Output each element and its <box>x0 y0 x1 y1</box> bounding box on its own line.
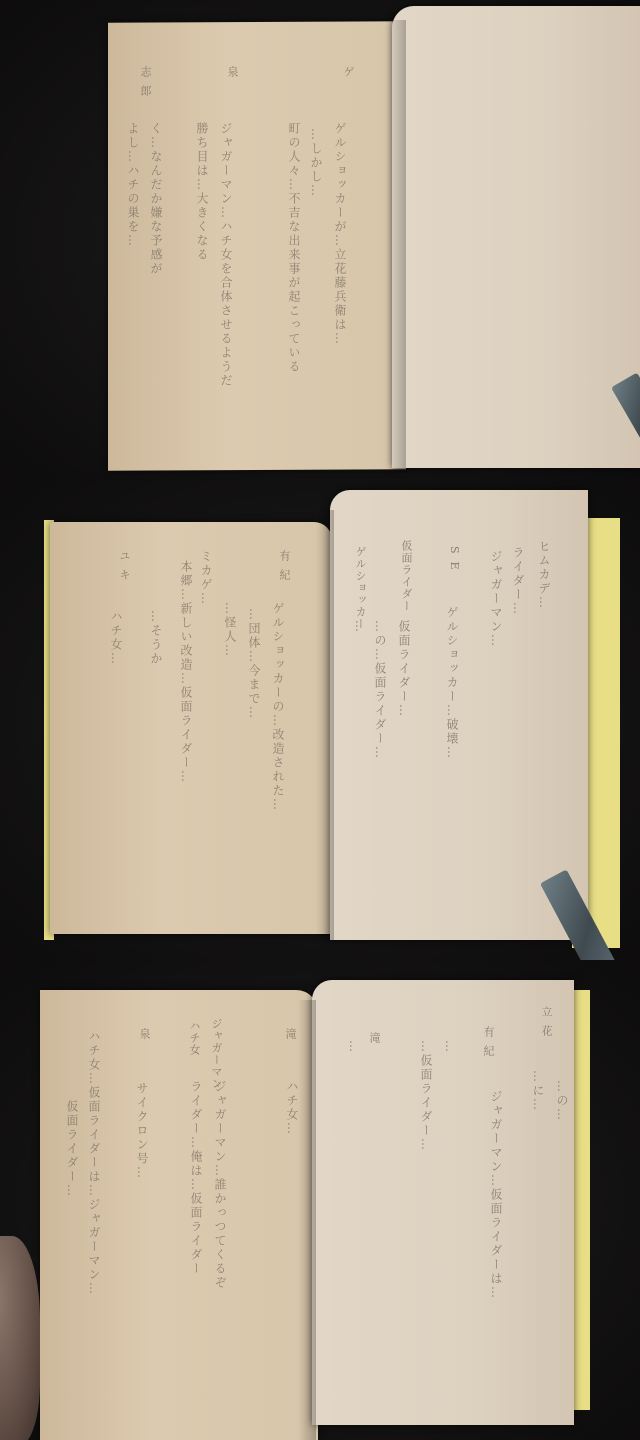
speaker-label: 立花 <box>538 1006 554 1044</box>
script-line: ライダー…俺は…仮面ライダー <box>190 1080 202 1276</box>
script-line: …そうか <box>150 610 162 666</box>
script-line: ゲルショッカーの…改造された… <box>272 602 284 812</box>
script-line: … <box>354 620 366 634</box>
right-page <box>392 6 640 468</box>
thumb <box>0 1236 40 1440</box>
speaker-label: 滝 <box>282 1028 298 1047</box>
speaker-label: 泉 <box>136 1028 152 1047</box>
script-line: …怪人… <box>224 602 236 658</box>
script-line: … <box>348 1040 360 1054</box>
script-line: ジャガーマン… <box>490 550 502 648</box>
script-line: ヒムカデ… <box>538 540 550 610</box>
speaker-label: 有紀 <box>276 550 292 588</box>
script-line: 本郷…新しい改造…仮面ライダー… <box>180 560 192 784</box>
script-line: ハチ女…仮面ライダーは…ジャガーマン… <box>88 1030 100 1296</box>
speaker-label: 仮面ライダー <box>398 540 414 612</box>
speaker-label: ハチ女 <box>186 1020 202 1056</box>
script-line: ミカゲ… <box>200 550 212 606</box>
script-line: サイクロン号… <box>136 1082 148 1180</box>
script-line: ハチ女… <box>110 610 122 666</box>
script-line: …の…仮面ライダー… <box>374 620 386 760</box>
speaker-label: 泉 <box>224 66 240 85</box>
photo-1: ゲ 泉 志郎 ゲルショッカーが…立花藤兵衛は… …しかし… 町の人々…不吉な出来… <box>0 0 640 480</box>
photo-3: 滝 ジャガーマン ハチ女 泉 ハチ女… ジャガーマン…誰かっつてくるぞ ライダー… <box>0 960 640 1440</box>
speaker-label: 志郎 <box>137 66 153 104</box>
speaker-label: ゲ <box>340 66 356 85</box>
script-line: …の… <box>556 1080 568 1122</box>
script-line: …に… <box>532 1070 544 1112</box>
script-line: く…なんだか嫌な予感が <box>150 122 162 276</box>
script-line: ゲルショッカー…破壊… <box>446 606 458 760</box>
script-line: ゲルショッカーが…立花藤兵衛は… <box>334 122 346 346</box>
script-line: … <box>444 1040 456 1054</box>
script-line: …団体…今まで… <box>248 608 260 720</box>
script-line: 仮面ライダー… <box>66 1100 78 1198</box>
script-line: …しかし… <box>310 128 322 198</box>
speaker-label: ユキ <box>116 550 132 588</box>
script-line: ハチ女… <box>286 1080 298 1136</box>
script-line: ジャガーマン…ハチ女を合体させるようだ <box>220 122 232 388</box>
left-page <box>40 990 318 1440</box>
photo-2: 有紀 ユキ ゲルショッカーの…改造された… …団体…今まで… …怪人… ミカゲ…… <box>0 480 640 960</box>
script-line: よし…ハチの巣を… <box>127 122 139 248</box>
script-line: ライダー… <box>512 546 524 616</box>
script-line: 町の人々…不吉な出来事が起こっている <box>288 122 300 374</box>
speaker-label: 有紀 <box>480 1026 496 1064</box>
script-line: 仮面ライダー… <box>398 620 410 718</box>
script-line: ジャガーマン…仮面ライダーは… <box>490 1090 502 1300</box>
speaker-label: ゲルショッカー <box>352 546 368 630</box>
script-line: ジャガーマン…誰かっつてくるぞ <box>214 1080 226 1290</box>
script-line: …仮面ライダー… <box>420 1040 432 1152</box>
speaker-label: SE <box>448 546 461 578</box>
script-line: 勝ち目は…大きくなる <box>196 122 208 262</box>
speaker-label: 滝 <box>366 1032 382 1051</box>
